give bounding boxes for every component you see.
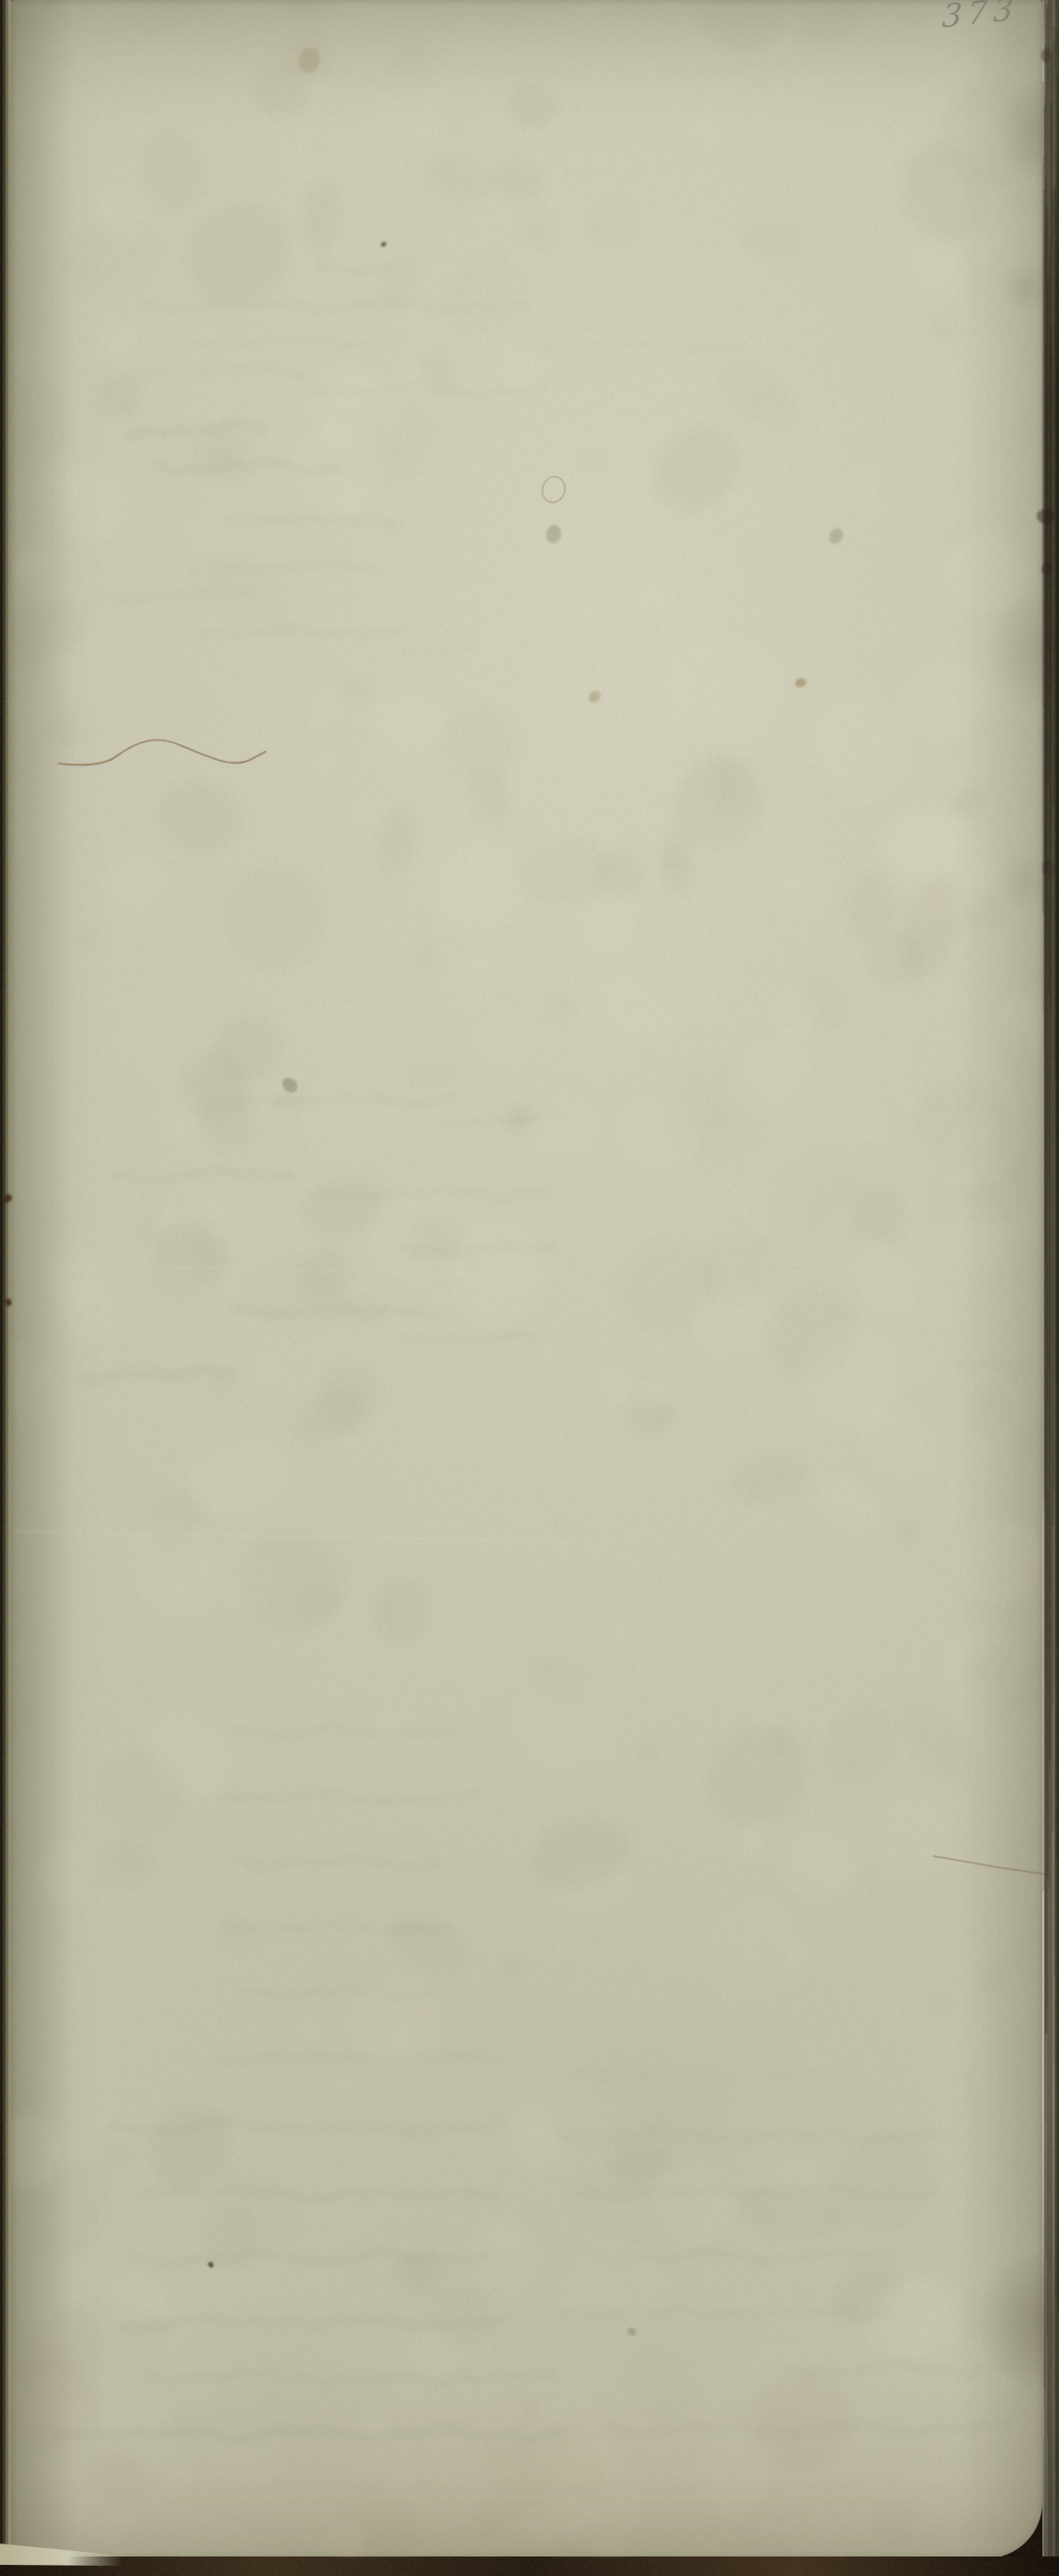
book-scan-photo: 373 xyxy=(0,0,1059,2576)
manuscript-page xyxy=(11,0,1042,2558)
fore-edge-page-block xyxy=(1042,0,1059,2562)
folio-number: 373 xyxy=(941,0,1019,33)
table-surface xyxy=(0,2556,1059,2576)
gutter-edge xyxy=(0,0,11,2576)
